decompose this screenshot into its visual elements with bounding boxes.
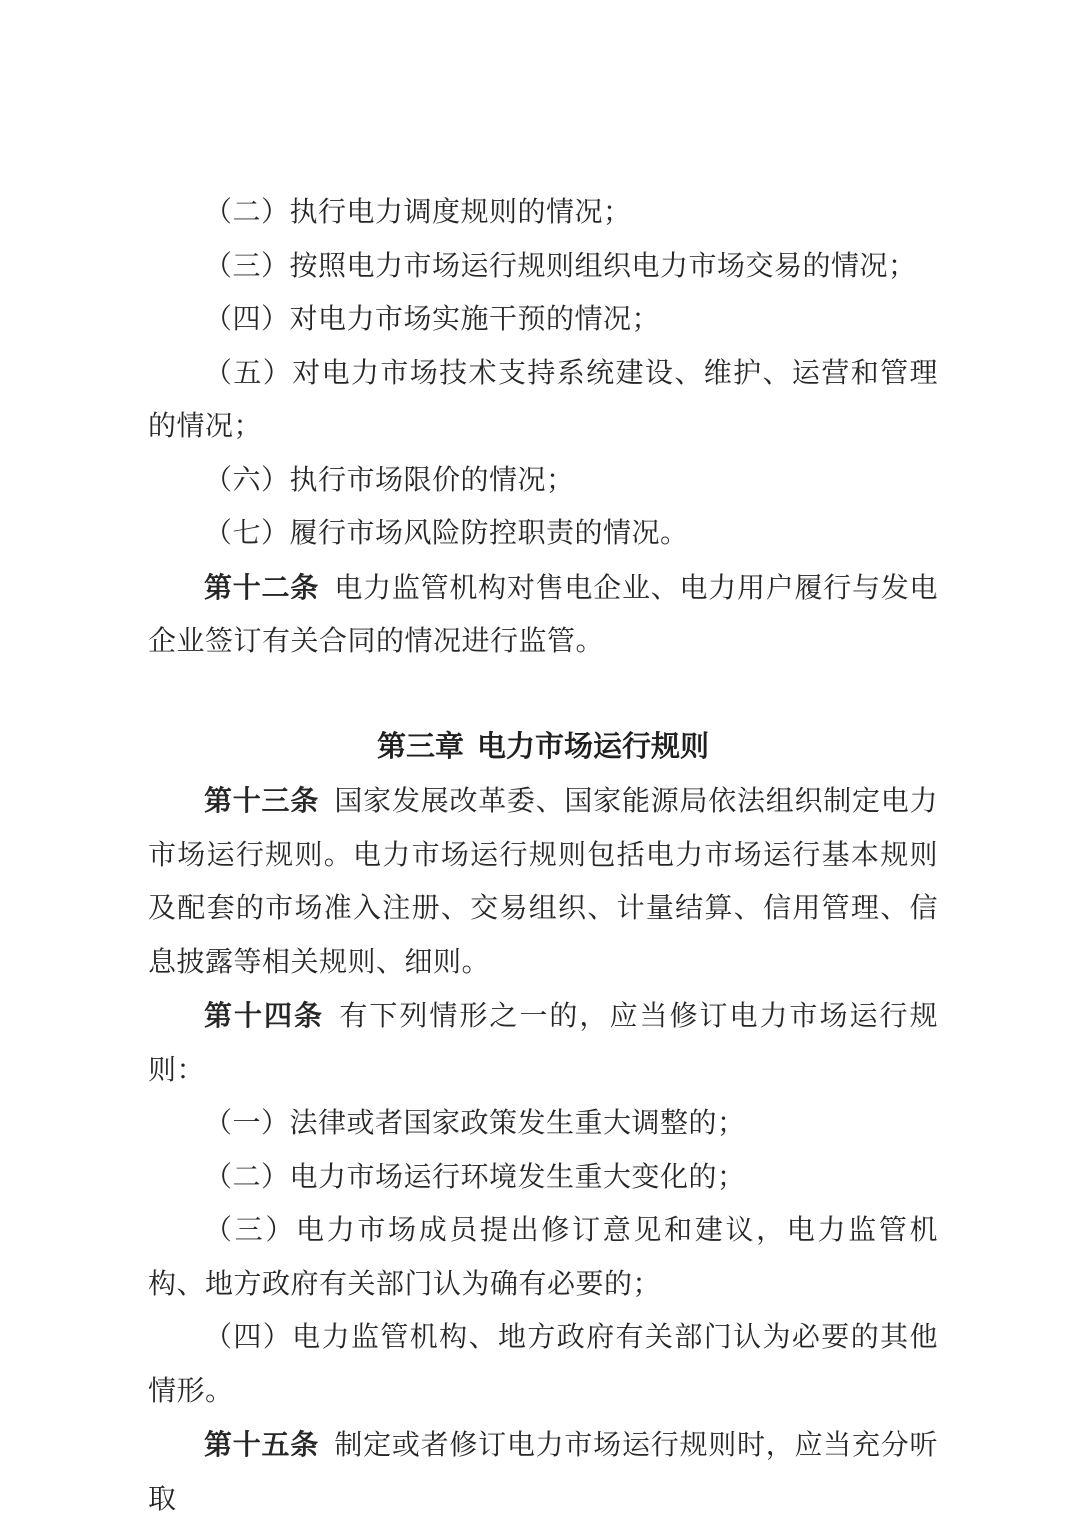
- article-number: 第十二条: [204, 572, 319, 603]
- paragraph: （三）按照电力市场运行规则组织电力市场交易的情况；: [148, 240, 938, 294]
- paragraph-text: （五）对电力市场技术支持系统建设、维护、运营和管理的情况；: [148, 358, 938, 443]
- paragraph-text: （六）执行市场限价的情况；: [204, 465, 575, 496]
- paragraph: （四）对电力市场实施干预的情况；: [148, 293, 938, 347]
- article-paragraph: 第十二条电力监管机构对售电企业、电力用户履行与发电企业签订有关合同的情况进行监管…: [148, 561, 938, 669]
- paragraph-text: （二）执行电力调度规则的情况；: [204, 197, 632, 228]
- paragraph-text: （一）法律或者国家政策发生重大调整的；: [204, 1108, 746, 1139]
- paragraph: （一）法律或者国家政策发生重大调整的；: [148, 1097, 938, 1151]
- paragraph: （二）电力市场运行环境发生重大变化的；: [148, 1151, 938, 1205]
- paragraph-text: （三）电力市场成员提出修订意见和建议，电力监管机构、地方政府有关部门认为确有必要…: [148, 1215, 938, 1300]
- article-number: 第十三条: [204, 785, 319, 816]
- paragraph: （四）电力监管机构、地方政府有关部门认为必要的其他情形。: [148, 1311, 938, 1418]
- chapter-title: 电力市场运行规则: [477, 731, 709, 763]
- paragraph-text: （四）对电力市场实施干预的情况；: [204, 304, 660, 335]
- paragraph: （五）对电力市场技术支持系统建设、维护、运营和管理的情况；: [148, 347, 938, 454]
- article-number: 第十五条: [204, 1429, 319, 1460]
- paragraph: （三）电力市场成员提出修订意见和建议，电力监管机构、地方政府有关部门认为确有必要…: [148, 1204, 938, 1311]
- chapter-heading: 第三章电力市场运行规则: [148, 721, 938, 775]
- document-content: （二）执行电力调度规则的情况；（三）按照电力市场运行规则组织电力市场交易的情况；…: [148, 186, 938, 1526]
- paragraph-text: （三）按照电力市场运行规则组织电力市场交易的情况；: [204, 251, 917, 282]
- paragraph-text: （二）电力市场运行环境发生重大变化的；: [204, 1162, 746, 1193]
- paragraph-text: （四）电力监管机构、地方政府有关部门认为必要的其他情形。: [148, 1322, 938, 1407]
- article-paragraph: 第十五条制定或者修订电力市场运行规则时，应当充分听取: [148, 1418, 938, 1526]
- paragraph: （六）执行市场限价的情况；: [148, 454, 938, 508]
- document-page: （二）执行电力调度规则的情况；（三）按照电力市场运行规则组织电力市场交易的情况；…: [0, 0, 1080, 1527]
- paragraph-text: （七）履行市场风险防控职责的情况。: [204, 518, 689, 549]
- article-paragraph: 第十四条有下列情形之一的，应当修订电力市场运行规则：: [148, 989, 938, 1097]
- article-number: 第十四条: [204, 1000, 324, 1031]
- paragraph: （二）执行电力调度规则的情况；: [148, 186, 938, 240]
- chapter-number: 第三章: [377, 731, 464, 763]
- article-paragraph: 第十三条国家发展改革委、国家能源局依法组织制定电力市场运行规则。电力市场运行规则…: [148, 774, 938, 989]
- paragraph: （七）履行市场风险防控职责的情况。: [148, 507, 938, 561]
